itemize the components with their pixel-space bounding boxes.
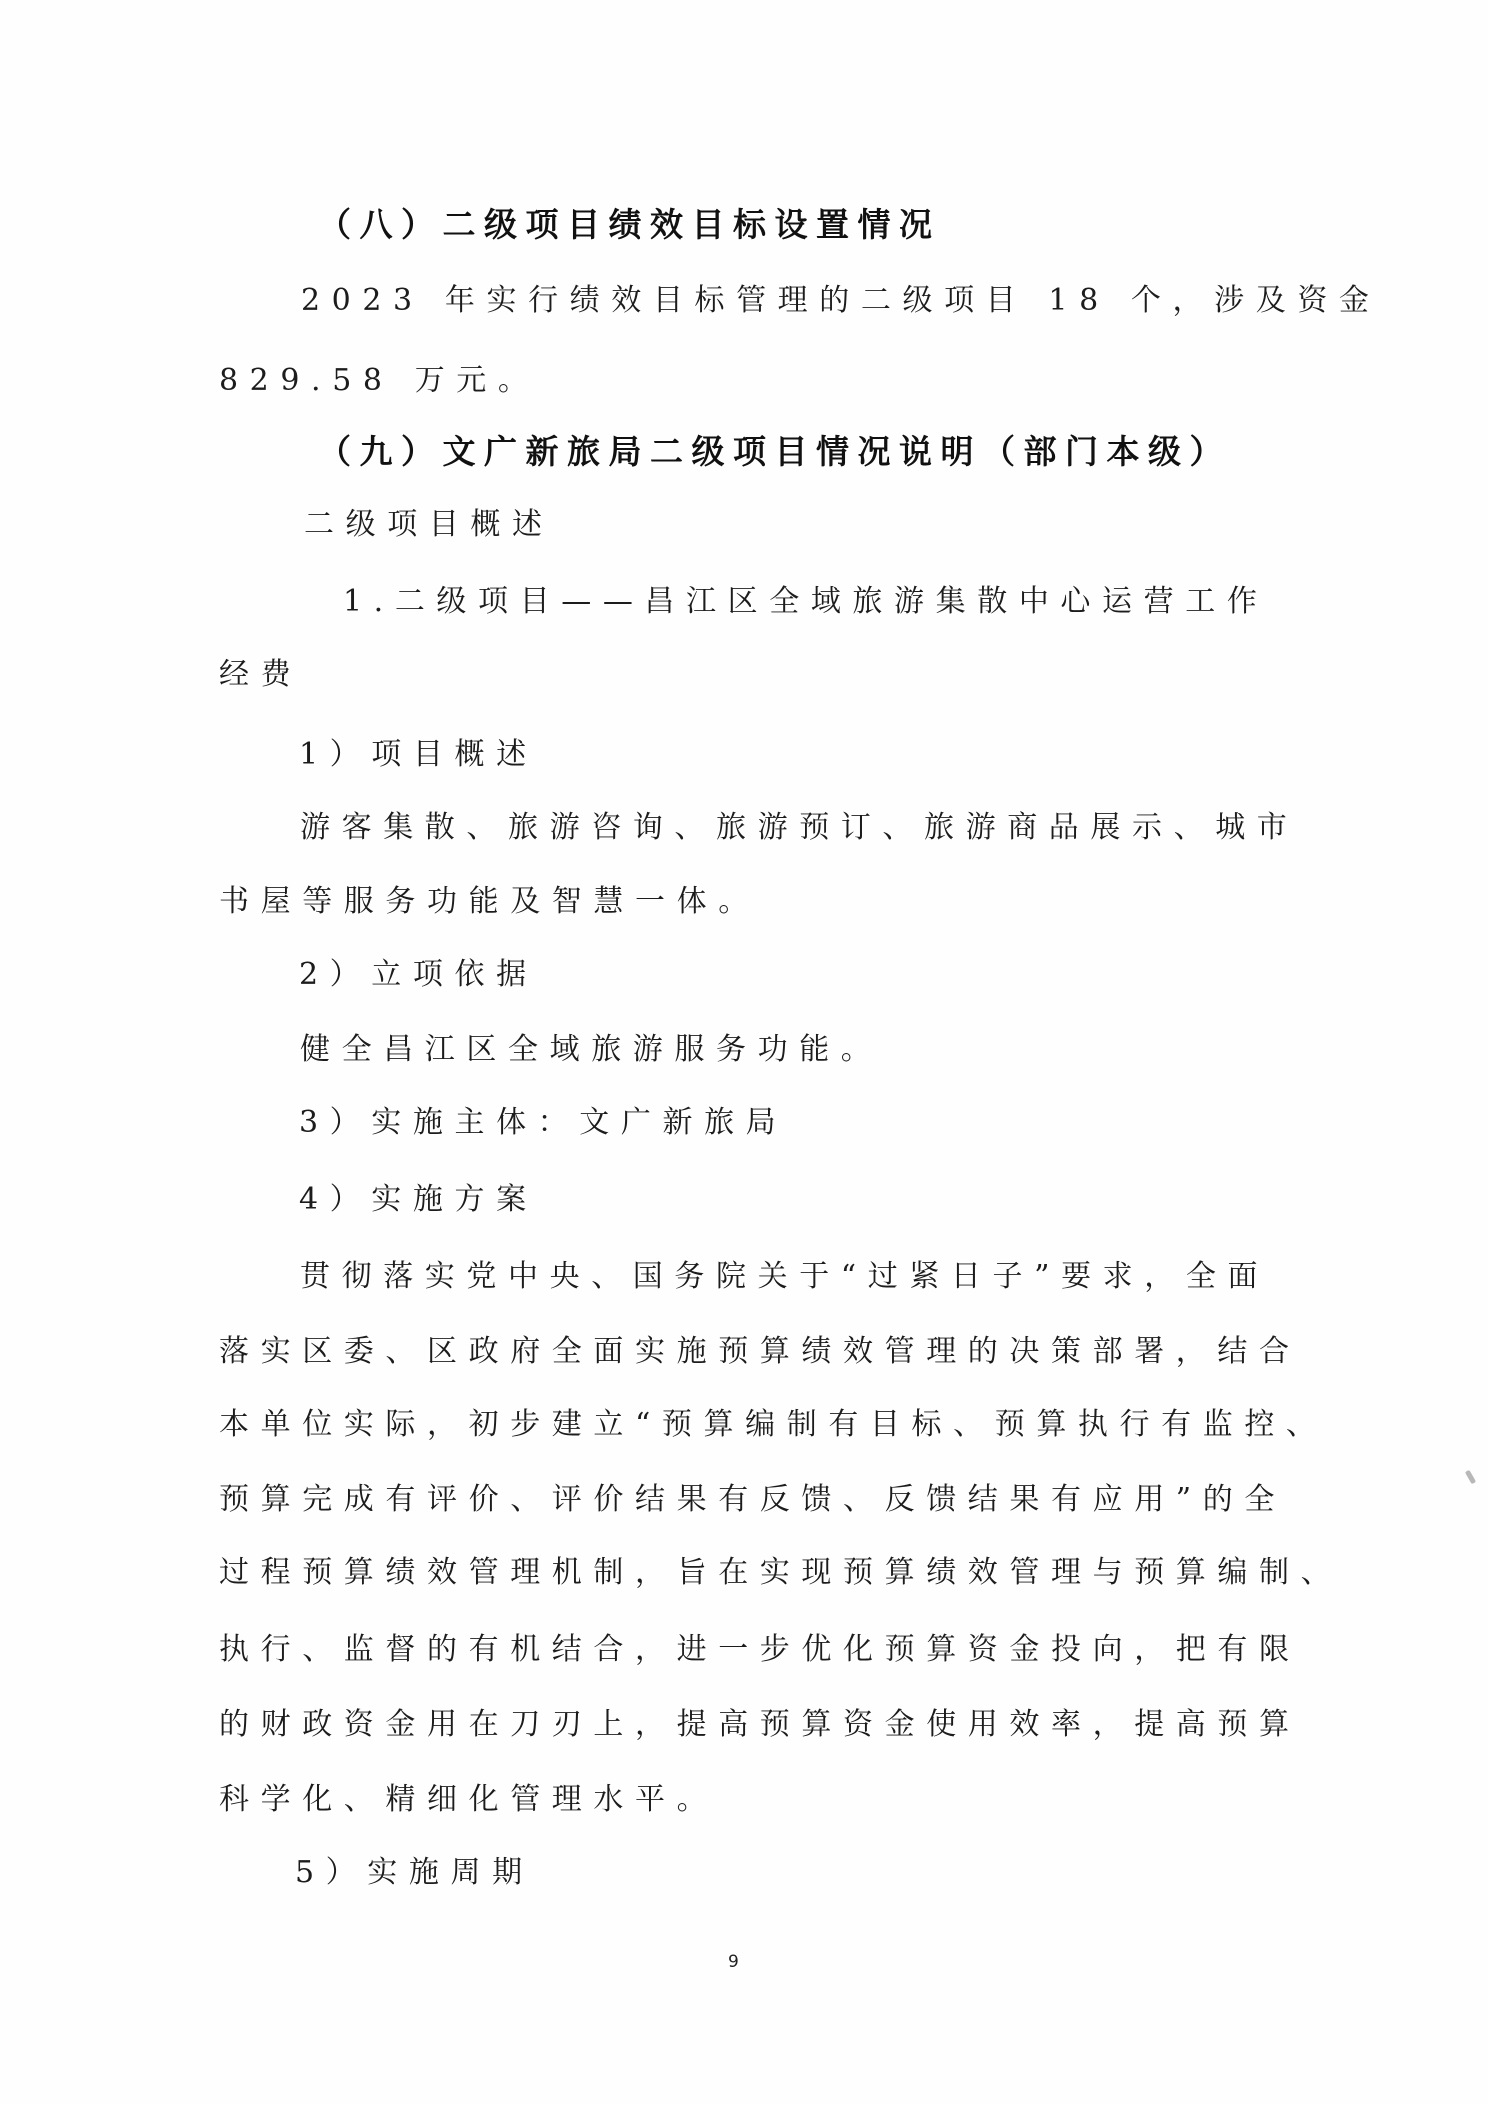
paragraph-line: 829.58 万元。 <box>219 361 540 401</box>
item-label-implementer: 3）实施主体：文广新旅局 <box>299 1103 787 1143</box>
paragraph-line: 执行、监督的有机结合，进一步优化预算资金投向，把有限 <box>219 1630 1301 1670</box>
section-heading-9: （九）文广新旅局二级项目情况说明（部门本级） <box>318 432 1231 472</box>
paragraph-line: 健全昌江区全域旅游服务功能。 <box>300 1030 882 1070</box>
item-title-line: 1.二级项目——昌江区全域旅游集散中心运营工作 <box>343 582 1268 622</box>
document-page: （八）二级项目绩效目标设置情况 2023 年实行绩效目标管理的二级项目 18 个… <box>0 0 1488 2104</box>
paragraph-line: 本单位实际，初步建立“预算编制有目标、预算执行有监控、 <box>219 1405 1328 1445</box>
item-title-line: 经费 <box>219 655 302 695</box>
scan-artifact <box>1465 1470 1476 1485</box>
paragraph-line: 的财政资金用在刀刃上，提高预算资金使用效率，提高预算 <box>219 1705 1301 1745</box>
paragraph-line: 落实区委、区政府全面实施预算绩效管理的决策部署，结合 <box>219 1332 1301 1372</box>
paragraph-line: 科学化、精细化管理水平。 <box>219 1780 718 1820</box>
subheading: 二级项目概述 <box>304 505 554 545</box>
paragraph-line: 书屋等服务功能及智慧一体。 <box>219 882 760 922</box>
paragraph-line: 过程预算绩效管理机制，旨在实现预算绩效管理与预算编制、 <box>219 1553 1342 1593</box>
item-label-overview: 1）项目概述 <box>299 735 538 775</box>
item-label-basis: 2）立项依据 <box>299 955 538 995</box>
item-label-period: 5）实施周期 <box>295 1853 534 1893</box>
page-number: 9 <box>728 1952 739 1972</box>
item-label-plan: 4）实施方案 <box>299 1180 538 1220</box>
paragraph-line: 预算完成有评价、评价结果有反馈、反馈结果有应用”的全 <box>219 1480 1286 1520</box>
paragraph-line: 游客集散、旅游咨询、旅游预订、旅游商品展示、城市 <box>300 808 1298 848</box>
paragraph-line: 贯彻落实党中央、国务院关于“过紧日子”要求，全面 <box>300 1257 1269 1297</box>
paragraph-line: 2023 年实行绩效目标管理的二级项目 18 个，涉及资金 <box>301 281 1381 321</box>
section-heading-8: （八）二级项目绩效目标设置情况 <box>318 205 941 245</box>
